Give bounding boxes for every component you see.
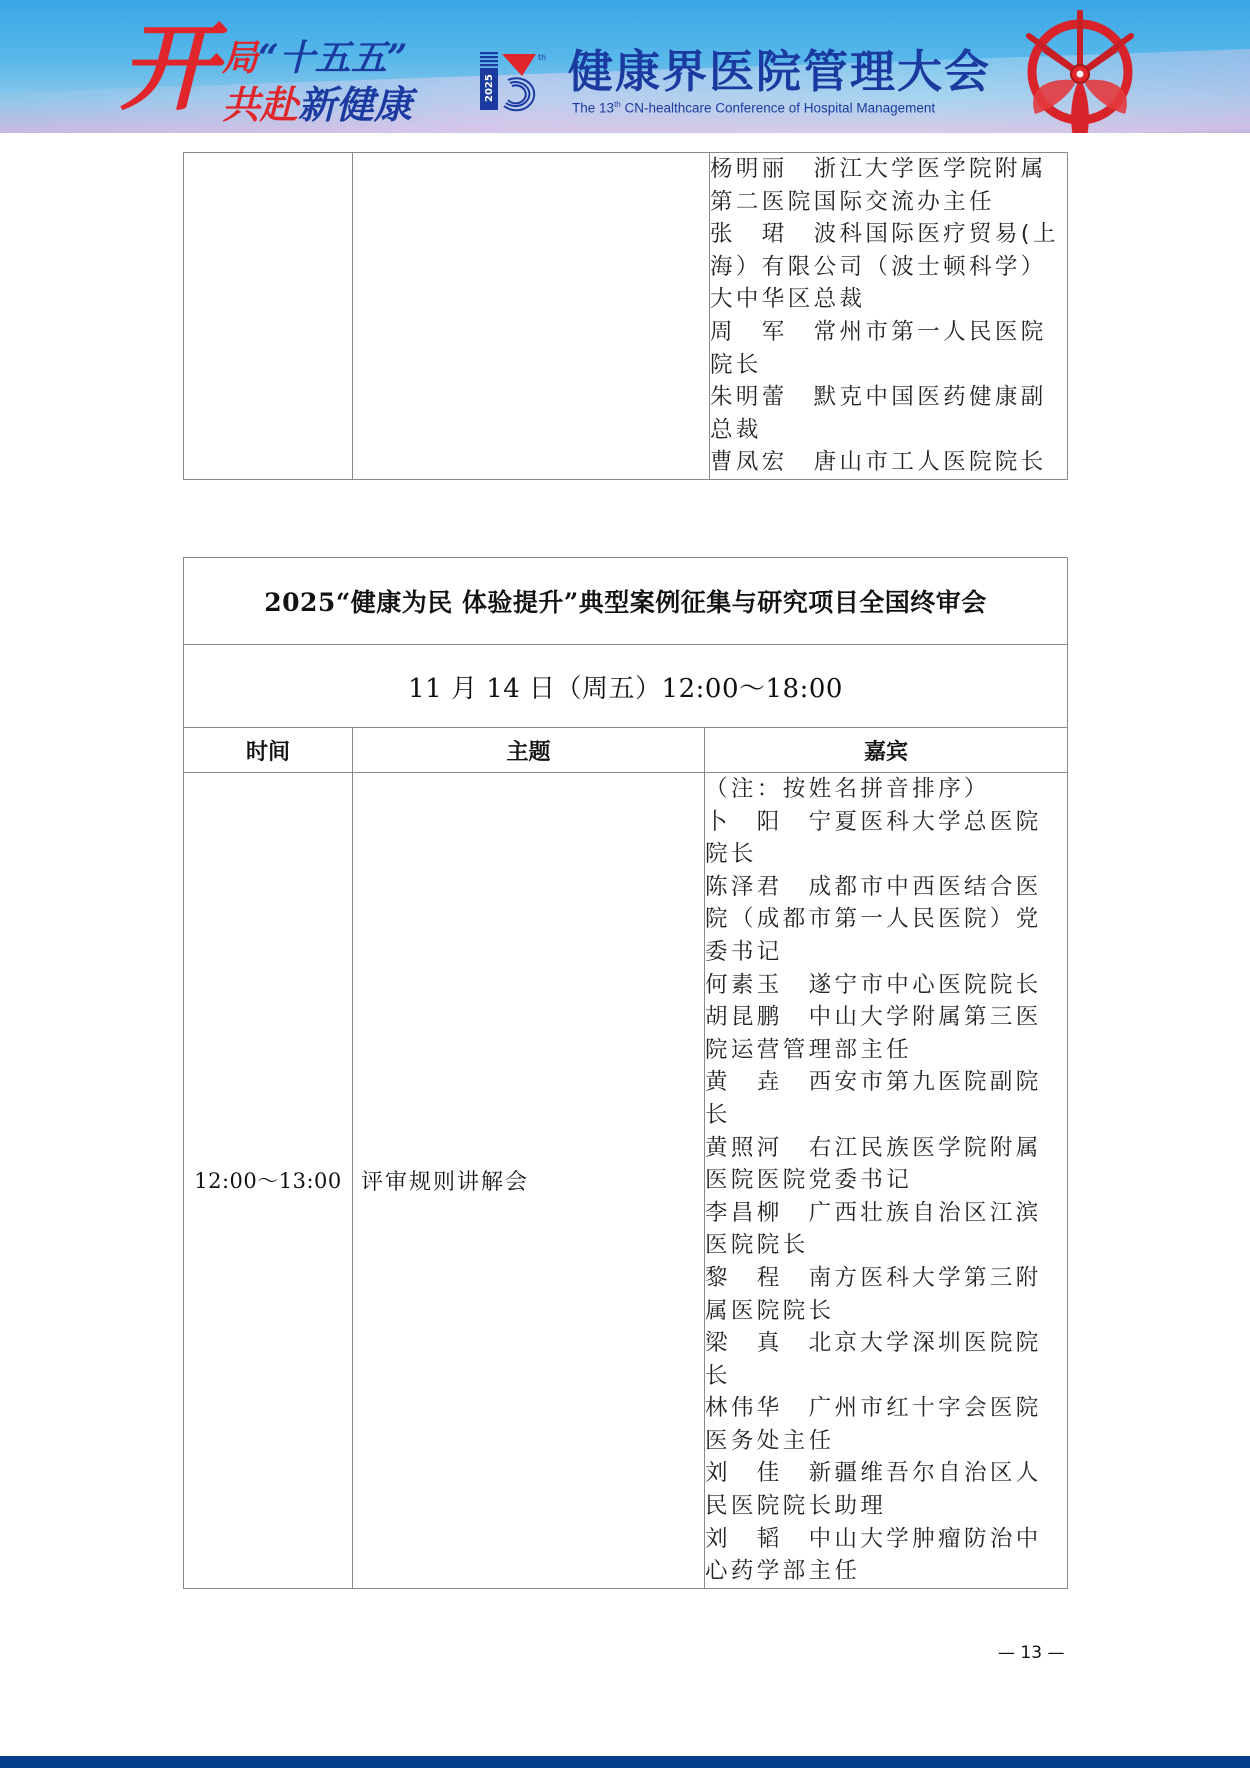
guests-cell: 杨明丽 浙江大学医学院附属第二医院国际交流办主任 张 珺 波科国际医疗贸易(上海… — [710, 153, 1068, 480]
column-header-time: 时间 — [184, 728, 353, 773]
footer-band — [0, 1756, 1250, 1768]
column-header-topic: 主题 — [353, 728, 705, 773]
column-header-guests: 嘉宾 — [705, 728, 1068, 773]
slogan-line-2-blue: 新健康 — [298, 82, 412, 127]
guest-entry: 黎 程 南方医科大学第三附属医院院长 — [705, 1262, 1067, 1327]
time-cell: 12:00～13:00 — [184, 773, 353, 1589]
table-row: 杨明丽 浙江大学医学院附属第二医院国际交流办主任 张 珺 波科国际医疗贸易(上海… — [184, 153, 1068, 480]
guests-cell: （注：按姓名拼音排序） 卜 阳 宁夏医科大学总医院院长 陈泽君 成都市中西医结合… — [705, 773, 1068, 1589]
slogan-big-char: 开 — [120, 20, 216, 116]
guest-entry: 朱明蕾 默克中国医药健康副总裁 — [710, 381, 1067, 446]
guest-entry: 卜 阳 宁夏医科大学总医院院长 — [705, 806, 1067, 871]
guest-entry: 林伟华 广州市红十字会医院医务处主任 — [705, 1392, 1067, 1457]
conference-subtitle: The 13th CN-healthcare Conference of Hos… — [572, 100, 935, 116]
guest-entry: 张 珺 波科国际医疗贸易(上海）有限公司（波士顿科学）大中华区总裁 — [710, 218, 1067, 316]
guest-entry: 曹凤宏 唐山市工人医院院长 — [710, 446, 1067, 479]
page-number: — 13 — — [998, 1643, 1064, 1663]
time-cell — [184, 153, 353, 480]
slogan-line-2-red: 共赴 — [222, 82, 298, 127]
guest-entry: 黄 垚 西安市第九医院副院长 — [705, 1066, 1067, 1131]
column-header-row: 时间 主题 嘉宾 — [184, 728, 1068, 773]
slogan-line-2: 共赴新健康 — [222, 74, 412, 129]
guest-entry: 周 军 常州市第一人民医院院长 — [710, 316, 1067, 381]
conference-subtitle-pre: The 13 — [572, 101, 614, 116]
topic-cell — [353, 153, 710, 480]
session-date: 11 月 14 日（周五）12:00～18:00 — [184, 645, 1068, 728]
guest-entry: 梁 真 北京大学深圳医院院长 — [705, 1327, 1067, 1392]
guest-entry: 胡昆鹏 中山大学附属第三医院运营管理部主任 — [705, 1001, 1067, 1066]
ship-wheel-propeller-icon — [1015, 10, 1145, 133]
guest-entry: 何素玉 遂宁市中心医院院长 — [705, 969, 1067, 1002]
guest-entry: 杨明丽 浙江大学医学院附属第二医院国际交流办主任 — [710, 153, 1067, 218]
svg-text:2025: 2025 — [484, 74, 495, 102]
conference-subtitle-sup: th — [614, 100, 621, 109]
guests-note: （注：按姓名拼音排序） — [705, 773, 1067, 806]
session-title-row: 2025“健康为民 体验提升”典型案例征集与研究项目全国终审会 — [184, 558, 1068, 645]
guest-entry: 黄照河 右江民族医学院附属医院医院党委书记 — [705, 1132, 1067, 1197]
13th-logo-icon: 2025 th — [478, 50, 548, 112]
guest-entry: 刘 佳 新疆维吾尔自治区人民医院院长助理 — [705, 1457, 1067, 1522]
slogan-line-1-red: 局 — [222, 37, 258, 79]
conference-subtitle-post: CN-healthcare Conference of Hospital Man… — [621, 101, 935, 116]
guest-entry: 陈泽君 成都市中西医结合医院（成都市第一人民医院）党委书记 — [705, 871, 1067, 969]
session-title: 2025“健康为民 体验提升”典型案例征集与研究项目全国终审会 — [184, 558, 1068, 645]
conference-title: 健康界医院管理大会 — [568, 46, 991, 98]
topic-cell: 评审规则讲解会 — [353, 773, 705, 1589]
guest-entry: 李昌柳 广西壮族自治区江滨医院院长 — [705, 1197, 1067, 1262]
schedule-table-final-review: 2025“健康为民 体验提升”典型案例征集与研究项目全国终审会 11 月 14 … — [183, 557, 1068, 1589]
table-row: 12:00～13:00 评审规则讲解会 （注：按姓名拼音排序） 卜 阳 宁夏医科… — [184, 773, 1068, 1589]
conference-banner: 开 局“十五五” 共赴新健康 2025 th 健康界医院管理大会 The 13t… — [0, 0, 1250, 133]
slogan-line-1-blue: “十五五” — [258, 37, 407, 79]
schedule-table-continued: 杨明丽 浙江大学医学院附属第二医院国际交流办主任 张 珺 波科国际医疗贸易(上海… — [183, 152, 1068, 480]
svg-text:th: th — [538, 53, 546, 62]
guest-entry: 刘 韬 中山大学肿瘤防治中心药学部主任 — [705, 1523, 1067, 1588]
session-date-row: 11 月 14 日（周五）12:00～18:00 — [184, 645, 1068, 728]
